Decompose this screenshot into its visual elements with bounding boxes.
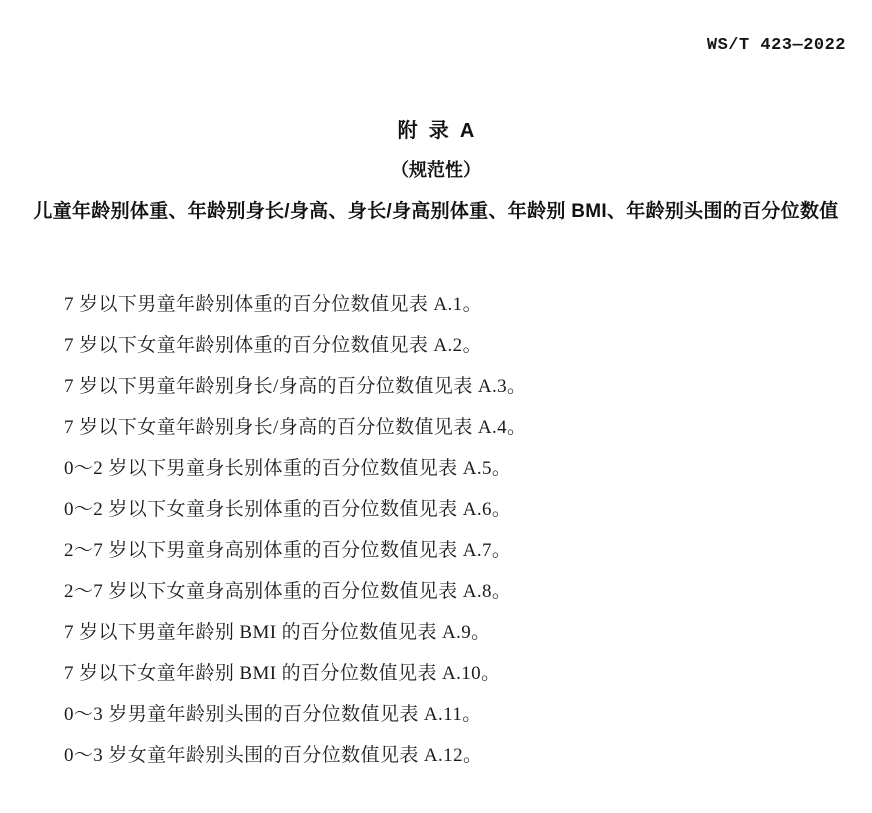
- paragraph-line: 2～7 岁以下女童身高别体重的百分位数值见表 A.8。: [64, 571, 848, 612]
- paragraph-line: 7 岁以下女童年龄别体重的百分位数值见表 A.2。: [64, 325, 848, 366]
- paragraph-line: 0～2 岁以下女童身长别体重的百分位数值见表 A.6。: [64, 489, 848, 530]
- paragraph-line: 2～7 岁以下男童身高别体重的百分位数值见表 A.7。: [64, 530, 848, 571]
- paragraph-list: 7 岁以下男童年龄别体重的百分位数值见表 A.1。 7 岁以下女童年龄别体重的百…: [64, 284, 848, 776]
- document-page: WS/T 423—2022 附 录 A （规范性） 儿童年龄别体重、年龄别身长/…: [0, 0, 872, 813]
- paragraph-line: 0～3 岁男童年龄别头围的百分位数值见表 A.11。: [64, 694, 848, 735]
- standard-code: WS/T 423—2022: [707, 36, 846, 55]
- normative-label: （规范性）: [0, 156, 872, 182]
- appendix-title: 附 录 A: [0, 114, 872, 143]
- paragraph-line: 7 岁以下女童年龄别 BMI 的百分位数值见表 A.10。: [64, 653, 848, 694]
- paragraph-line: 0～2 岁以下男童身长别体重的百分位数值见表 A.5。: [64, 448, 848, 489]
- section-heading: 儿童年龄别体重、年龄别身长/身高、身长/身高别体重、年龄别 BMI、年龄别头围的…: [0, 196, 872, 223]
- paragraph-line: 0～3 岁女童年龄别头围的百分位数值见表 A.12。: [64, 735, 848, 776]
- paragraph-line: 7 岁以下男童年龄别 BMI 的百分位数值见表 A.9。: [64, 612, 848, 653]
- paragraph-line: 7 岁以下女童年龄别身长/身高的百分位数值见表 A.4。: [64, 407, 848, 448]
- paragraph-line: 7 岁以下男童年龄别身长/身高的百分位数值见表 A.3。: [64, 366, 848, 407]
- paragraph-line: 7 岁以下男童年龄别体重的百分位数值见表 A.1。: [64, 284, 848, 325]
